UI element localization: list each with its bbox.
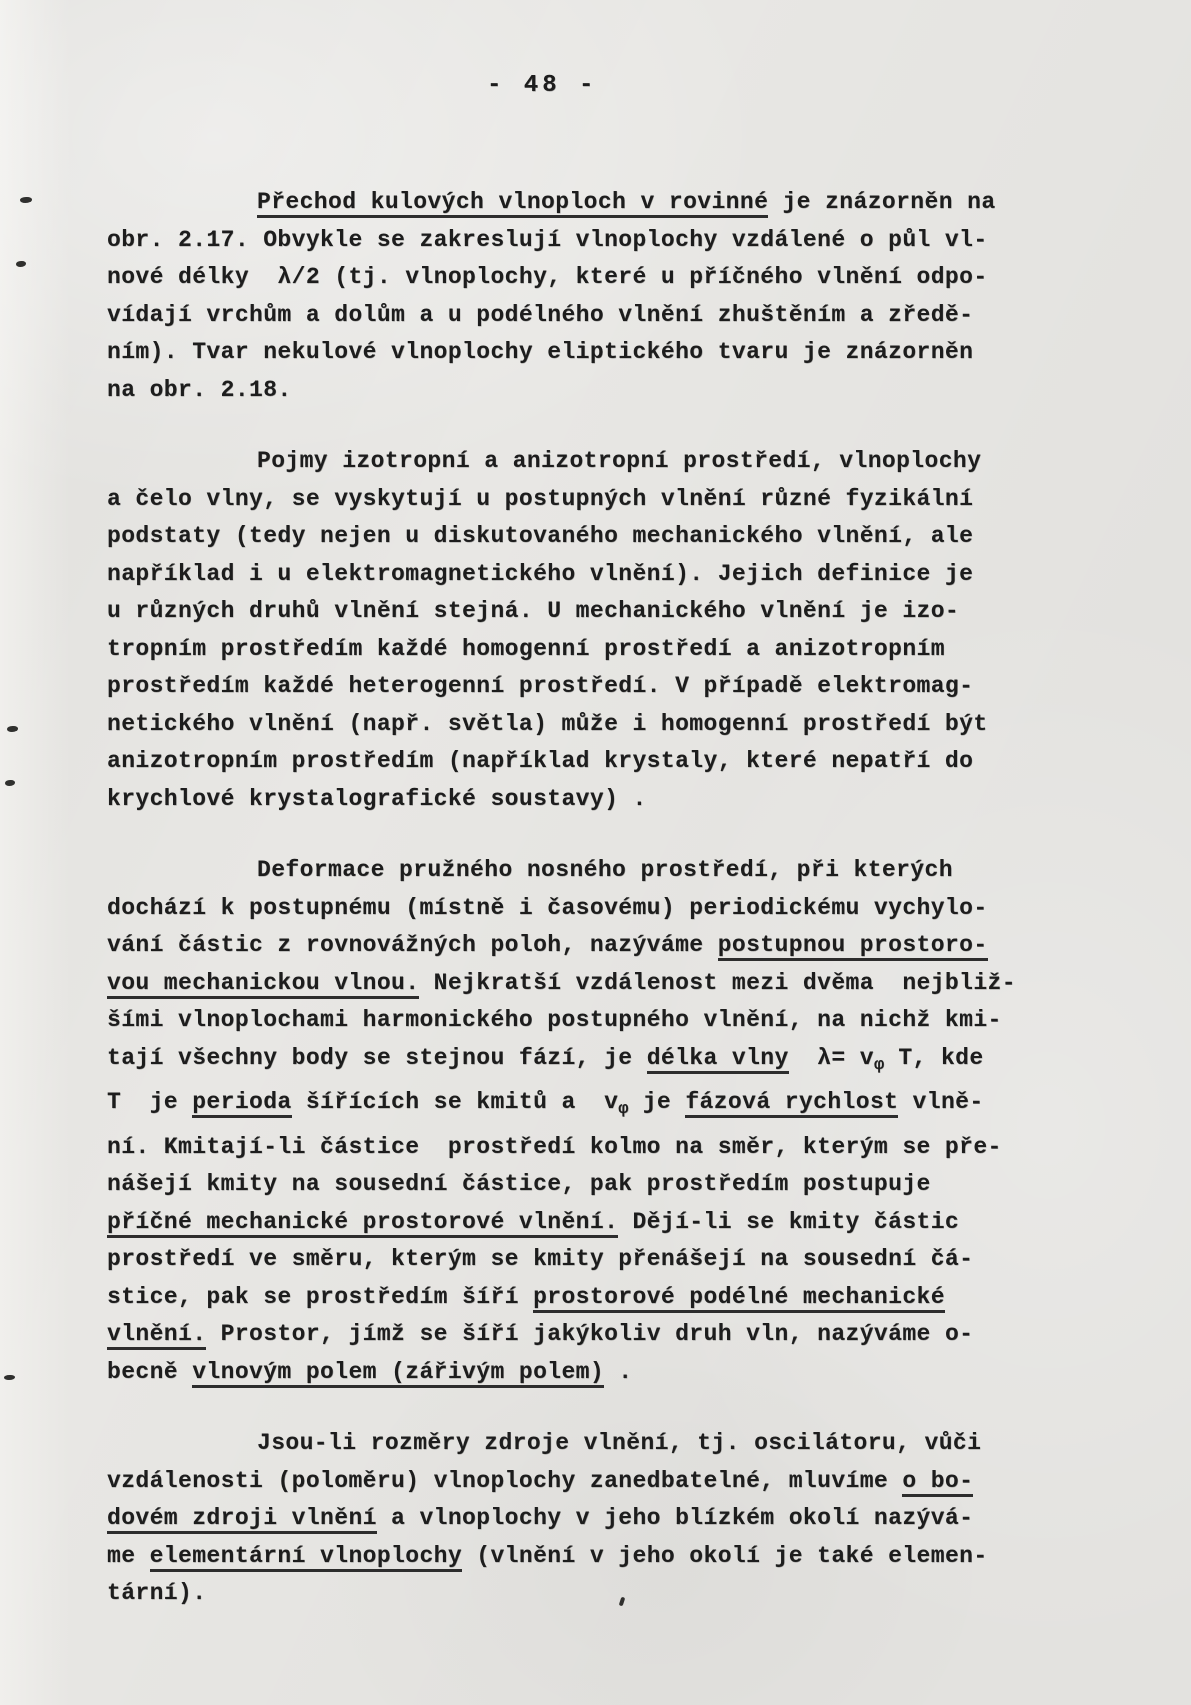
text-segment: me: [107, 1543, 150, 1569]
underlined-term: vou mechanickou vlnou.: [107, 970, 419, 999]
text-line: například i u elektromagnetického vlnění…: [107, 556, 1117, 594]
text-segment: Prostor, jímž se šíří jakýkoliv druh vln…: [206, 1321, 973, 1347]
text-segment: šími vlnoplochami harmonického postupnéh…: [107, 1007, 1002, 1033]
text-segment: prostředím každé heterogenní prostředí. …: [107, 673, 973, 699]
text-segment: dochází k postupnému (místně i časovému)…: [107, 895, 988, 921]
text-body: Přechod kulových vlnoploch v rovinné je …: [107, 184, 1117, 1647]
text-segment: stice, pak se prostředím šíří: [107, 1284, 533, 1310]
text-line: a čelo vlny, se vyskytují u postupných v…: [107, 481, 1117, 519]
paper-speck: [4, 1375, 15, 1380]
text-segment: vzdálenosti (poloměru) vlnoplochy zanedb…: [107, 1468, 902, 1494]
scanned-page: - 48 - Přechod kulových vlnoploch v rovi…: [0, 0, 1191, 1705]
text-segment: .: [604, 1359, 632, 1385]
underlined-term: Přechod kulových vlnoploch v rovinné: [257, 189, 768, 218]
text-segment: tají všechny body se stejnou fází, je: [107, 1045, 647, 1071]
text-line: krychlové krystalografické soustavy) .: [107, 781, 1117, 819]
underlined-term: vlnění.: [107, 1321, 206, 1350]
underlined-term: postupnou prostoro-: [718, 932, 988, 961]
underlined-term: délka vlny: [647, 1045, 789, 1074]
text-line: vlnění. Prostor, jímž se šíří jakýkoliv …: [107, 1316, 1117, 1354]
text-line: nášejí kmity na sousední částice, pak pr…: [107, 1166, 1117, 1204]
text-segment: Jsou-li rozměry zdroje vlnění, tj. oscil…: [257, 1430, 981, 1456]
paper-speck: [20, 197, 32, 203]
text-segment: tropním prostředím každé homogenní prost…: [107, 636, 945, 662]
text-segment: šířících se kmitů a v: [292, 1089, 619, 1115]
text-segment: nové délky λ/2 (tj. vlnoplochy, které u …: [107, 264, 988, 290]
text-line: me elementární vlnoplochy (vlnění v jeho…: [107, 1538, 1117, 1576]
text-segment: Pojmy izotropní a anizotropní prostředí,…: [257, 448, 981, 474]
text-segment: a čelo vlny, se vyskytují u postupných v…: [107, 486, 973, 512]
text-segment: nášejí kmity na sousední částice, pak pr…: [107, 1171, 931, 1197]
text-segment: Deformace pružného nosného prostředí, př…: [257, 857, 953, 883]
text-segment: (vlnění v jeho okolí je také elemen-: [462, 1543, 987, 1569]
text-segment: a vlnoplochy v jeho blízkém okolí nazývá…: [377, 1505, 974, 1531]
subscript-phi: φ: [874, 1056, 884, 1075]
text-segment: Nejkratší vzdálenost mezi dvěma nejbliž-: [419, 970, 1016, 996]
underlined-term: příčné mechanické prostorové vlnění.: [107, 1209, 618, 1238]
text-segment: vání částic z rovnovážných poloh, nazývá…: [107, 932, 718, 958]
text-segment: prostředí ve směru, kterým se kmity přen…: [107, 1246, 973, 1272]
underlined-term: fázová rychlost: [685, 1089, 898, 1118]
underlined-term: perioda: [192, 1089, 291, 1118]
underlined-term: vlnovým polem (zářivým polem): [192, 1359, 604, 1388]
text-line: u různých druhů vlnění stejná. U mechani…: [107, 593, 1117, 631]
text-line: na obr. 2.18.: [107, 372, 1117, 410]
underlined-term: prostorové podélné mechanické: [533, 1284, 945, 1313]
underlined-term: elementární vlnoplochy: [150, 1543, 462, 1572]
text-segment: Dějí-li se kmity částic: [618, 1209, 959, 1235]
text-line: vídají vrchům a dolům a u podélného vlně…: [107, 297, 1117, 335]
text-line: šími vlnoplochami harmonického postupnéh…: [107, 1002, 1117, 1040]
text-line: Přechod kulových vlnoploch v rovinné je …: [107, 184, 1117, 222]
text-segment: je: [629, 1089, 686, 1115]
text-segment: ním). Tvar nekulové vlnoplochy eliptické…: [107, 339, 973, 365]
text-line: dochází k postupnému (místně i časovému)…: [107, 890, 1117, 928]
text-segment: na obr. 2.18.: [107, 377, 292, 403]
text-segment: anizotropním prostředím (například kryst…: [107, 748, 973, 774]
page-number: - 48 -: [487, 72, 597, 99]
text-line: nové délky λ/2 (tj. vlnoplochy, které u …: [107, 259, 1117, 297]
text-line: ním). Tvar nekulové vlnoplochy eliptické…: [107, 334, 1117, 372]
text-segment: T, kde: [884, 1045, 983, 1071]
text-segment: u různých druhů vlnění stejná. U mechani…: [107, 598, 959, 624]
text-segment: λ= v: [789, 1045, 874, 1071]
text-line: anizotropním prostředím (například kryst…: [107, 743, 1117, 781]
text-line: Jsou-li rozměry zdroje vlnění, tj. oscil…: [107, 1425, 1117, 1463]
text-line: netického vlnění (např. světla) může i h…: [107, 706, 1117, 744]
text-line: příčné mechanické prostorové vlnění. Děj…: [107, 1204, 1117, 1242]
underlined-term: o bo-: [902, 1468, 973, 1497]
paper-speck: [7, 726, 18, 732]
text-line: tární).: [107, 1575, 1117, 1613]
text-line: dovém zdroji vlnění a vlnoplochy v jeho …: [107, 1500, 1117, 1538]
text-segment: vídají vrchům a dolům a u podélného vlně…: [107, 302, 973, 328]
text-line: Pojmy izotropní a anizotropní prostředí,…: [107, 443, 1117, 481]
text-segment: obr. 2.17. Obvykle se zakreslují vlnoplo…: [107, 227, 988, 253]
paragraph: Jsou-li rozměry zdroje vlnění, tj. oscil…: [107, 1425, 1117, 1613]
text-segment: ní. Kmitají-li částice prostředí kolmo n…: [107, 1134, 1002, 1160]
text-segment: je znázorněn na: [768, 189, 995, 215]
text-line: vou mechanickou vlnou. Nejkratší vzdálen…: [107, 965, 1117, 1003]
text-line: becně vlnovým polem (zářivým polem) .: [107, 1354, 1117, 1392]
text-line: ní. Kmitají-li částice prostředí kolmo n…: [107, 1129, 1117, 1167]
text-line: tropním prostředím každé homogenní prost…: [107, 631, 1117, 669]
text-line: prostředím každé heterogenní prostředí. …: [107, 668, 1117, 706]
text-line: vzdálenosti (poloměru) vlnoplochy zanedb…: [107, 1463, 1117, 1501]
paper-speck: [5, 780, 15, 786]
text-line: Deformace pružného nosného prostředí, př…: [107, 852, 1117, 890]
paragraph: Pojmy izotropní a anizotropní prostředí,…: [107, 443, 1117, 818]
text-line: prostředí ve směru, kterým se kmity přen…: [107, 1241, 1117, 1279]
text-line: T je perioda šířících se kmitů a vφ je f…: [107, 1084, 1117, 1129]
text-segment: vlně-: [898, 1089, 983, 1115]
text-segment: krychlové krystalografické soustavy) .: [107, 786, 647, 812]
text-segment: podstaty (tedy nejen u diskutovaného mec…: [107, 523, 973, 549]
text-line: tají všechny body se stejnou fází, je dé…: [107, 1040, 1117, 1085]
text-segment: tární).: [107, 1580, 206, 1606]
text-line: obr. 2.17. Obvykle se zakreslují vlnoplo…: [107, 222, 1117, 260]
text-segment: T je: [107, 1089, 192, 1115]
paragraph: Přechod kulových vlnoploch v rovinné je …: [107, 184, 1117, 409]
paragraph: Deformace pružného nosného prostředí, př…: [107, 852, 1117, 1391]
underlined-term: dovém zdroji vlnění: [107, 1505, 377, 1534]
text-line: stice, pak se prostředím šíří prostorové…: [107, 1279, 1117, 1317]
text-segment: netického vlnění (např. světla) může i h…: [107, 711, 988, 737]
text-segment: například i u elektromagnetického vlnění…: [107, 561, 973, 587]
subscript-phi: φ: [618, 1100, 628, 1119]
paper-speck: [16, 261, 26, 267]
text-line: podstaty (tedy nejen u diskutovaného mec…: [107, 518, 1117, 556]
text-line: vání částic z rovnovážných poloh, nazývá…: [107, 927, 1117, 965]
text-segment: becně: [107, 1359, 192, 1385]
